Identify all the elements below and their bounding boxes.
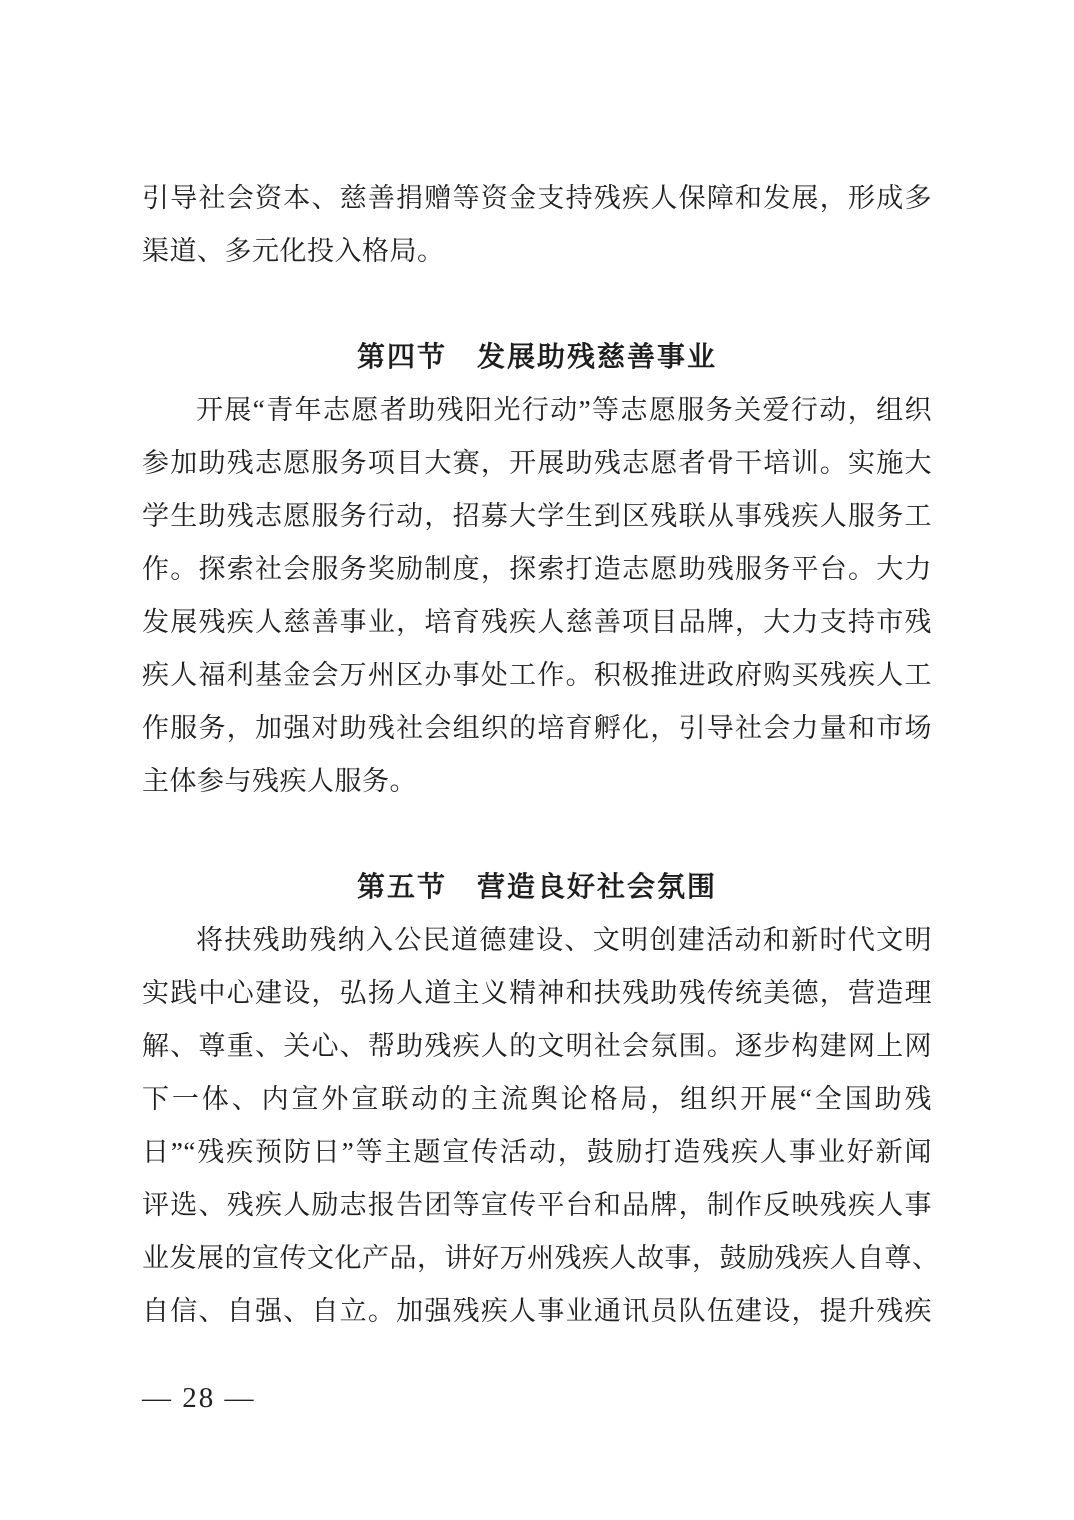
paragraph-line: 疾人福利基金会万州区办事处工作。积极推进政府购买残疾人工 (142, 649, 932, 702)
section-heading-4: 第四节 发展助残慈善事业 (142, 331, 932, 384)
document-content: 引导社会资本、慈善捐赠等资金支持残疾人保障和发展，形成多 渠道、多元化投入格局。… (142, 0, 932, 1338)
document-page: 引导社会资本、慈善捐赠等资金支持残疾人保障和发展，形成多 渠道、多元化投入格局。… (0, 0, 1074, 1520)
paragraph-line: 解、尊重、关心、帮助残疾人的文明社会氛围。逐步构建网上网 (142, 1020, 932, 1073)
paragraph-line: 发展残疾人慈善事业，培育残疾人慈善项目品牌，大力支持市残 (142, 596, 932, 649)
page-number-footer: — 28 — (142, 1378, 256, 1418)
paragraph-line: 下一体、内宣外宣联动的主流舆论格局，组织开展“全国助残 (142, 1073, 932, 1126)
paragraph-line: 评选、残疾人励志报告团等宣传平台和品牌，制作反映残疾人事 (142, 1179, 932, 1232)
paragraph-line: 日”“残疾预防日”等主题宣传活动，鼓励打造残疾人事业好新闻 (142, 1126, 932, 1179)
paragraph-line: 作服务，加强对助残社会组织的培育孵化，引导社会力量和市场 (142, 702, 932, 755)
paragraph-line: 参加助残志愿服务项目大赛，开展助残志愿者骨干培训。实施大 (142, 437, 932, 490)
paragraph-line: 渠道、多元化投入格局。 (142, 225, 932, 278)
paragraph-line: 作。探索社会服务奖励制度，探索打造志愿助残服务平台。大力 (142, 543, 932, 596)
paragraph-line: 引导社会资本、慈善捐赠等资金支持残疾人保障和发展，形成多 (142, 172, 932, 225)
intro-paragraph: 引导社会资本、慈善捐赠等资金支持残疾人保障和发展，形成多 渠道、多元化投入格局。 (142, 172, 932, 278)
paragraph-line: 学生助残志愿服务行动，招募大学生到区残联从事残疾人服务工 (142, 490, 932, 543)
section-heading-5: 第五节 营造良好社会氛围 (142, 861, 932, 914)
paragraph-line: 主体参与残疾人服务。 (142, 755, 932, 808)
paragraph-line: 业发展的宣传文化产品，讲好万州残疾人故事，鼓励残疾人自尊、 (142, 1232, 932, 1285)
section-5-paragraph: 将扶残助残纳入公民道德建设、文明创建活动和新时代文明 实践中心建设，弘扬人道主义… (142, 914, 932, 1338)
paragraph-line: 将扶残助残纳入公民道德建设、文明创建活动和新时代文明 (142, 914, 932, 967)
paragraph-line: 自信、自强、自立。加强残疾人事业通讯员队伍建设，提升残疾 (142, 1285, 932, 1338)
paragraph-line: 开展“青年志愿者助残阳光行动”等志愿服务关爱行动，组织 (142, 384, 932, 437)
paragraph-line: 实践中心建设，弘扬人道主义精神和扶残助残传统美德，营造理 (142, 967, 932, 1020)
section-4-paragraph: 开展“青年志愿者助残阳光行动”等志愿服务关爱行动，组织 参加助残志愿服务项目大赛… (142, 384, 932, 808)
